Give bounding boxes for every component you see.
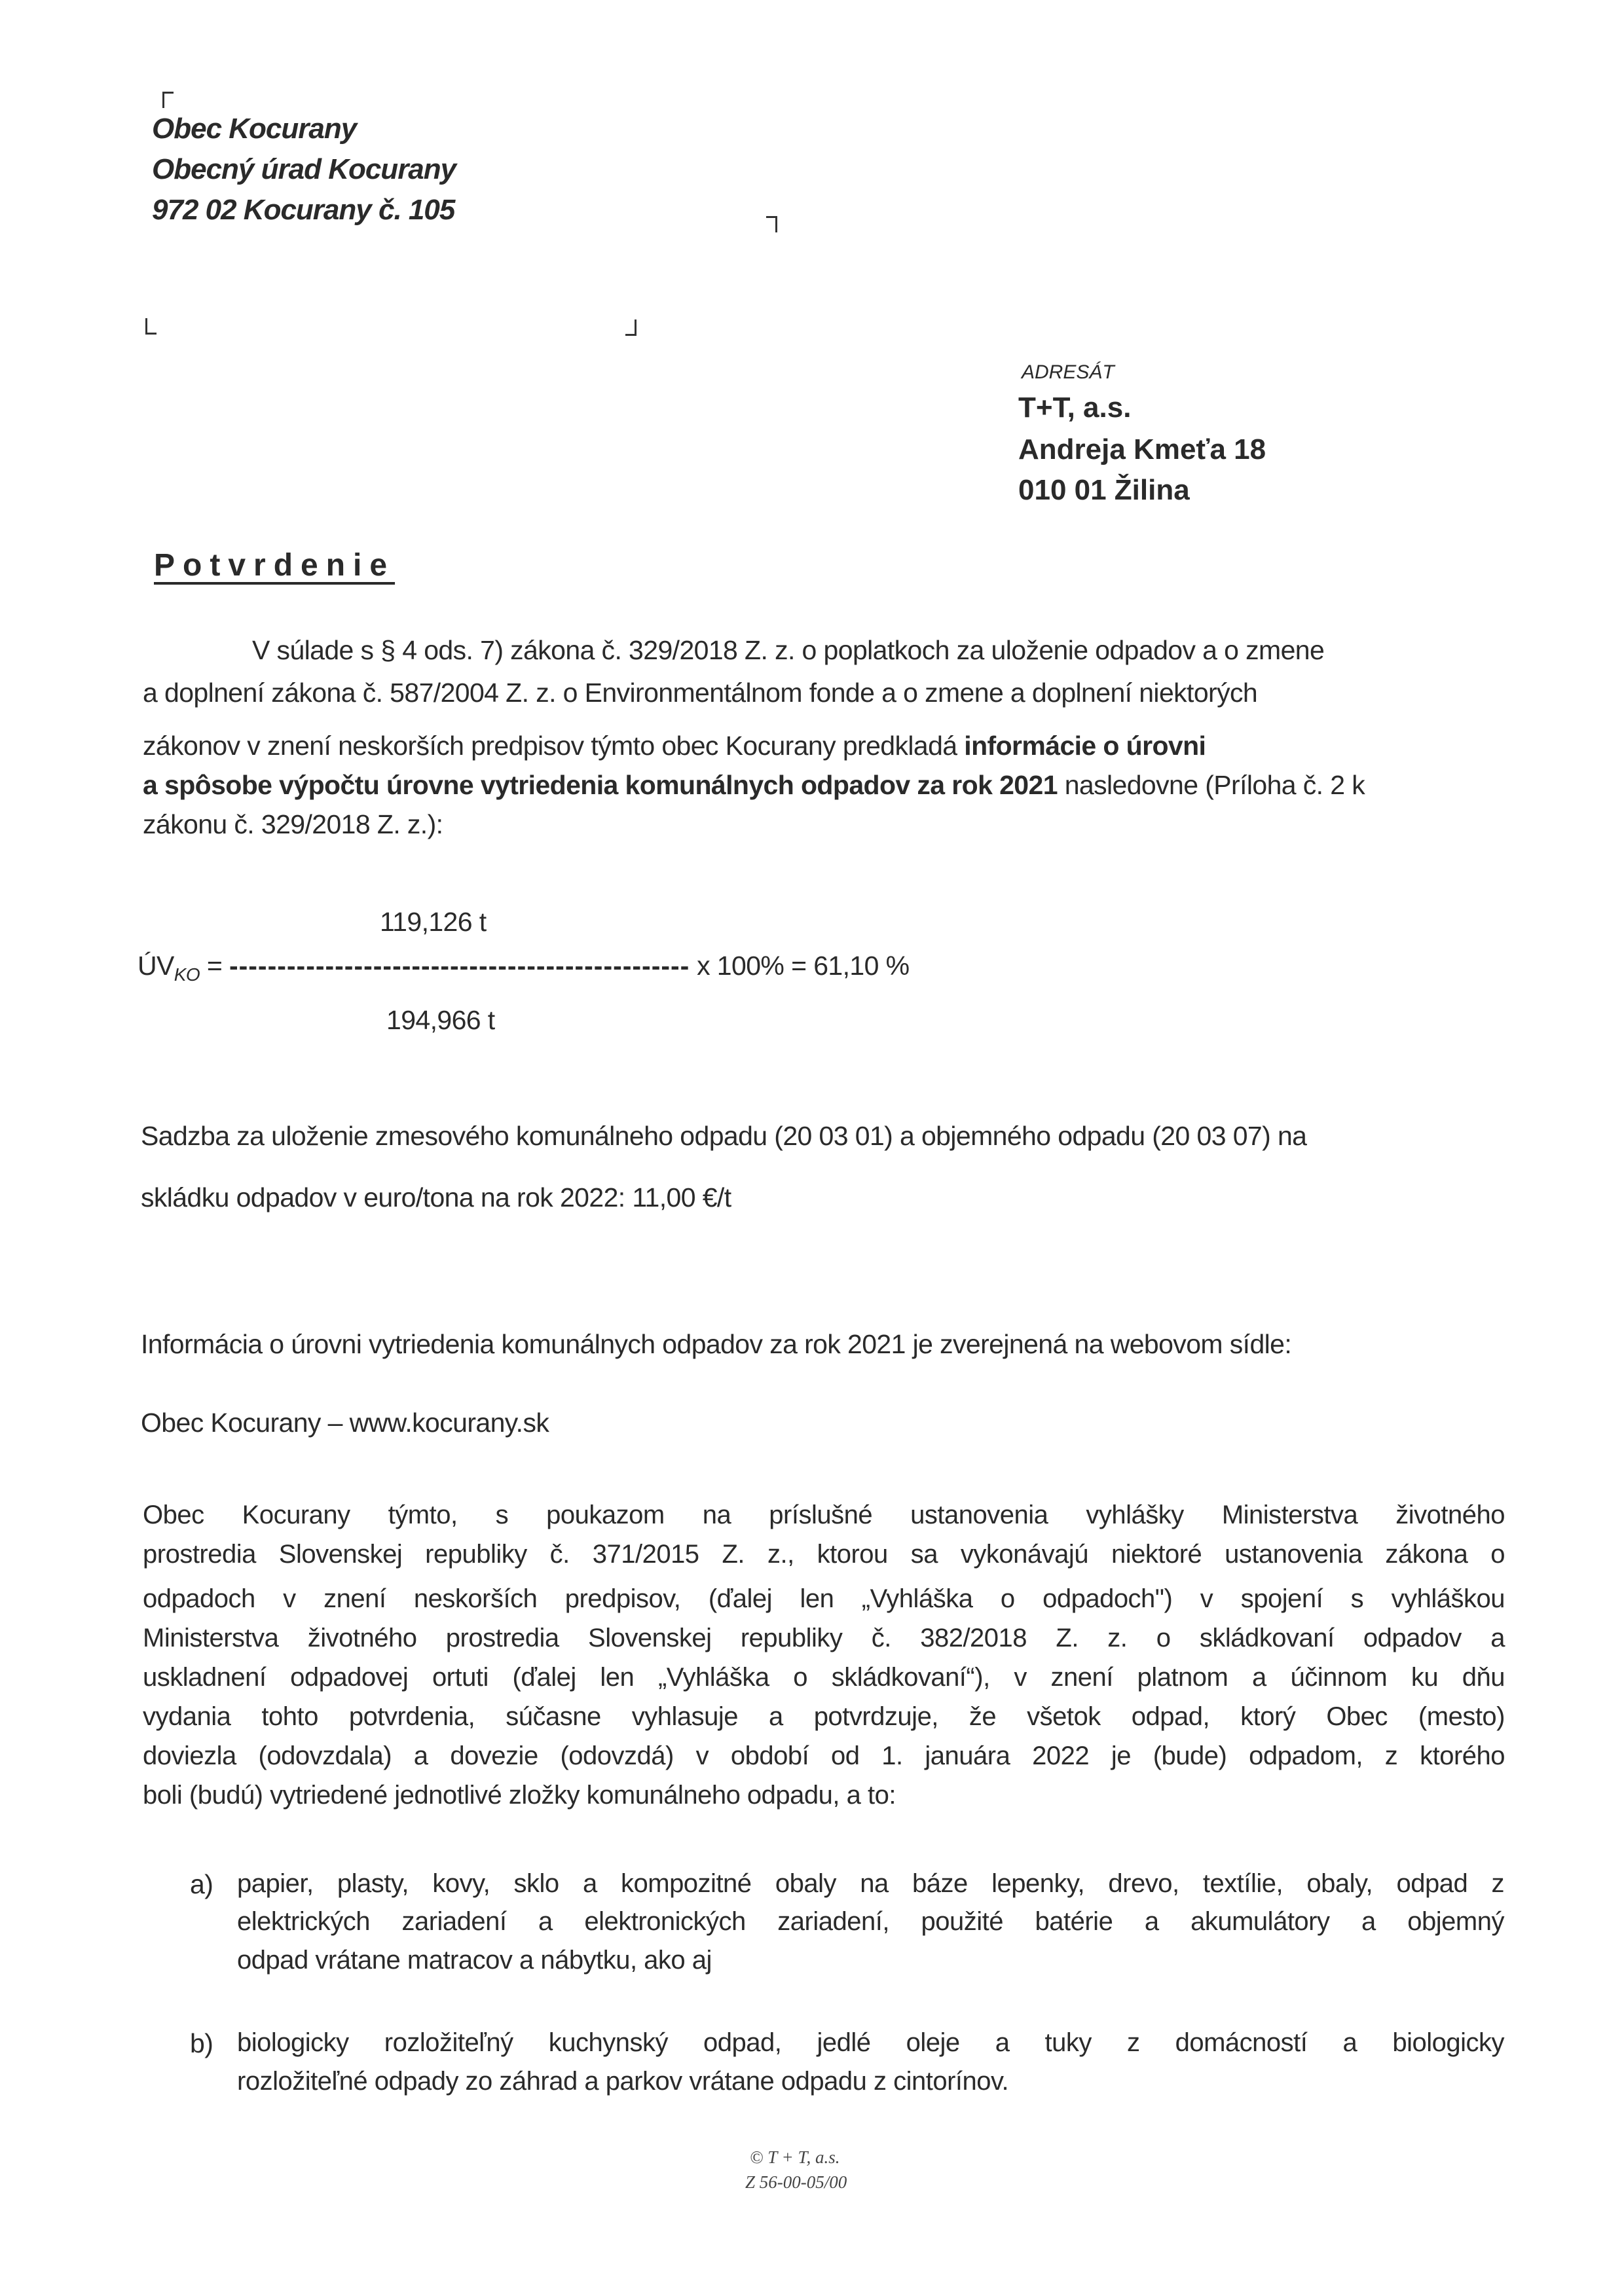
recipient-name: T+T, a.s. <box>1018 392 1131 424</box>
list-item-line: biologicky rozložiteľný kuchynský odpad,… <box>237 2028 1504 2058</box>
formula-numerator: 119,126 t <box>380 907 487 938</box>
formula-denominator: 194,966 t <box>386 1005 495 1036</box>
formula-lhs-subscript: KO <box>174 964 200 985</box>
info-website: Obec Kocurany – www.kocurany.sk <box>141 1408 549 1438</box>
recipient-street: Andreja Kmeťa 18 <box>1018 433 1266 466</box>
declaration-line: vydania tohto potvrdenia, súčasne vyhlas… <box>143 1702 1505 1732</box>
list-marker: a) <box>190 1869 213 1900</box>
formula-multiplier: x 100% = <box>690 951 813 981</box>
intro-bold: a spôsobe výpočtu úrovne vytriedenia kom… <box>143 770 1058 800</box>
intro-line: a spôsobe výpočtu úrovne vytriedenia kom… <box>143 770 1365 801</box>
recipient-city: 010 01 Žilina <box>1018 474 1190 507</box>
formula-result: 61,10 % <box>813 951 909 981</box>
declaration-line: uskladnení odpadovej ortuti (ďalej len „… <box>143 1663 1505 1692</box>
address-corner-top-right <box>766 216 777 232</box>
intro-line: zákonu č. 329/2018 Z. z.): <box>143 809 443 840</box>
intro-bold: informácie o úrovni <box>964 731 1206 761</box>
recipient-label: ADRESÁT <box>1022 361 1115 384</box>
list-item-line: odpad vrátane matracov a nábytku, ako aj <box>237 1946 1504 1975</box>
address-corner-bottom-left <box>145 318 157 335</box>
declaration-line: Ministerstva životného prostredia Sloven… <box>143 1624 1505 1653</box>
intro-line: zákonov v znení neskorších predpisov tým… <box>143 731 1206 761</box>
rate-line: Sadzba za uloženie zmesového komunálneho… <box>141 1121 1306 1152</box>
declaration-line: odpadoch v znení neskorších predpisov, (… <box>143 1584 1505 1614</box>
list-item-line: papier, plasty, kovy, sklo a kompozitné … <box>237 1869 1504 1899</box>
document-title: Potvrdenie <box>154 547 395 583</box>
formula-lhs: ÚV <box>138 951 174 981</box>
declaration-line: prostredia Slovenskej republiky č. 371/2… <box>143 1540 1505 1569</box>
footer-copyright: © T + T, a.s. <box>750 2147 840 2168</box>
rate-line: skládku odpadov v euro/tona na rok 2022:… <box>141 1182 731 1213</box>
intro-line: a doplnení zákona č. 587/2004 Z. z. o En… <box>143 678 1257 708</box>
sender-name: Obec Kocurany <box>152 113 356 145</box>
address-corner-bottom-right <box>625 319 637 336</box>
intro-line: V súlade s § 4 ods. 7) zákona č. 329/201… <box>252 635 1324 666</box>
declaration-line: Obec Kocurany týmto, s poukazom na prísl… <box>143 1501 1505 1530</box>
address-corner-top-left <box>162 92 174 108</box>
list-item-line: elektrických zariadení a elektronických … <box>237 1907 1504 1937</box>
footer-form-code: Z 56-00-05/00 <box>745 2172 847 2193</box>
formula-line: ÚVKO = ---------------------------------… <box>138 951 909 985</box>
list-item-line: rozložiteľné odpady zo záhrad a parkov v… <box>237 2067 1504 2096</box>
sender-postal: 972 02 Kocurany č. 105 <box>152 194 454 227</box>
declaration-line: doviezla (odovzdala) a dovezie (odovzdá)… <box>143 1741 1505 1771</box>
declaration-line: boli (budú) vytriedené jednotlivé zložky… <box>143 1781 1505 1810</box>
formula-fraction-bar: ----------------------------------------… <box>229 951 690 981</box>
info-line: Informácia o úrovni vytriedenia komunáln… <box>141 1329 1291 1360</box>
sender-office: Obecný úrad Kocurany <box>152 153 456 186</box>
formula-equals: = <box>200 951 229 981</box>
intro-text: zákonov v znení neskorších predpisov tým… <box>143 731 964 761</box>
list-marker: b) <box>190 2028 213 2059</box>
intro-text: nasledovne (Príloha č. 2 k <box>1058 770 1365 800</box>
